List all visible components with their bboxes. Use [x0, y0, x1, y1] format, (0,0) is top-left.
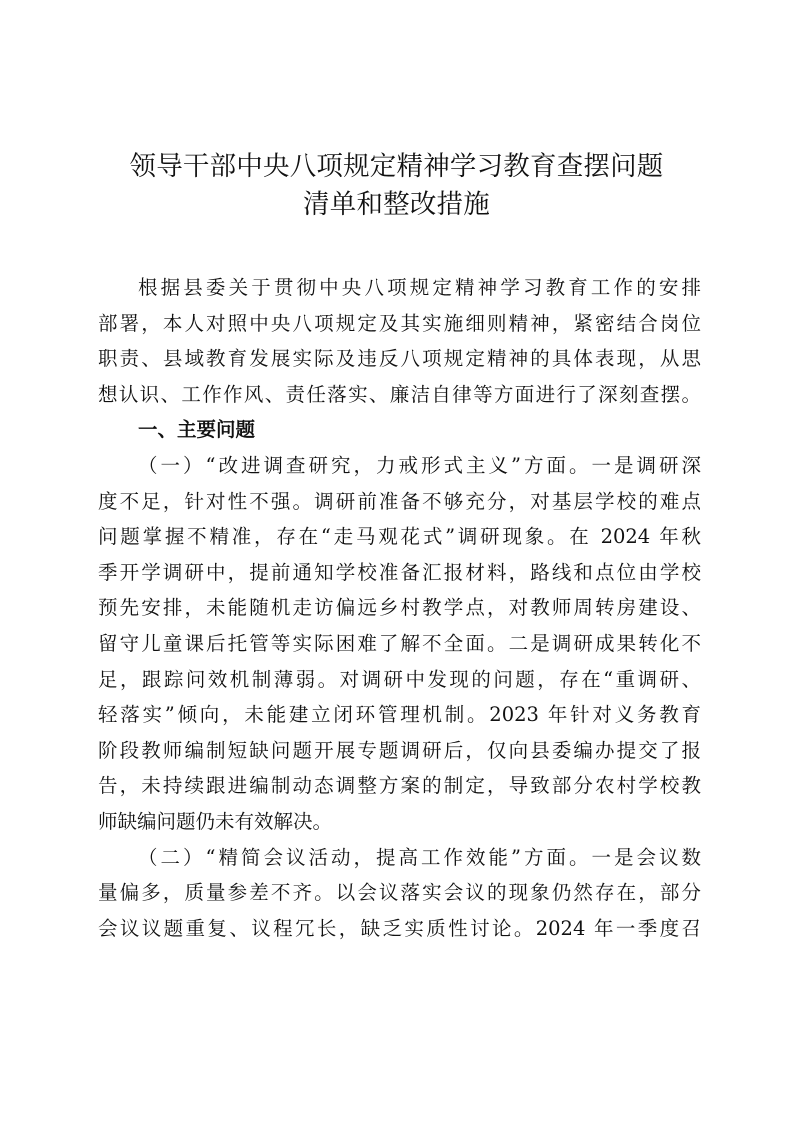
text-line: 足，跟踪问效机制薄弱。对调研中发现的问题，存在“重调研、 — [98, 662, 701, 698]
section-2-paragraph: （二）“精简会议活动，提高工作效能”方面。一是会议数 量偏多，质量参差不齐。以会… — [98, 840, 701, 947]
text-line: 会议议题重复、议程冗长，缺乏实质性讨论。2024 年一季度召 — [98, 911, 701, 947]
section-1-paragraph: （一）“改进调查研究，力戒形式主义”方面。一是调研深 度不足，针对性不强。调研前… — [98, 448, 701, 840]
text-line: 轻落实”倾向，未能建立闭环管理机制。2023 年针对义务教育 — [98, 697, 701, 733]
text-line: 根据县委关于贯彻中央八项规定精神学习教育工作的安排 — [98, 270, 701, 306]
text-line: 问题掌握不精准，存在“走马观花式”调研现象。在 2024 年秋 — [98, 519, 701, 555]
text-line: 预先安排，未能随机走访偏远乡村教学点，对教师周转房建设、 — [98, 590, 701, 626]
text-line: 度不足，针对性不强。调研前准备不够充分，对基层学校的难点 — [98, 484, 701, 520]
title-line-1: 领导干部中央八项规定精神学习教育查摆问题 — [90, 148, 703, 186]
document-body: 根据县委关于贯彻中央八项规定精神学习教育工作的安排 部署，本人对照中央八项规定及… — [98, 270, 701, 946]
document-page: 领导干部中央八项规定精神学习教育查摆问题 清单和整改措施 根据县委关于贯彻中央八… — [0, 0, 793, 1122]
text-line: 告，未持续跟进编制动态调整方案的制定，导致部分农村学校教 — [98, 768, 701, 804]
text-line: （一）“改进调查研究，力戒形式主义”方面。一是调研深 — [98, 448, 701, 484]
text-line: （二）“精简会议活动，提高工作效能”方面。一是会议数 — [98, 840, 701, 876]
heading-main-problems: 一、主要问题 — [98, 412, 701, 448]
document-title: 领导干部中央八项规定精神学习教育查摆问题 清单和整改措施 — [90, 148, 703, 224]
text-line: 师缺编问题仍未有效解决。 — [98, 804, 701, 840]
text-line: 想认识、工作作风、责任落实、廉洁自律等方面进行了深刻查摆。 — [98, 377, 701, 413]
title-line-2: 清单和整改措施 — [90, 186, 703, 224]
text-line: 职责、县域教育发展实际及违反八项规定精神的具体表现，从思 — [98, 341, 701, 377]
text-line: 量偏多，质量参差不齐。以会议落实会议的现象仍然存在，部分 — [98, 875, 701, 911]
text-line: 阶段教师编制短缺问题开展专题调研后，仅向县委编办提交了报 — [98, 733, 701, 769]
text-line: 留守儿童课后托管等实际困难了解不全面。二是调研成果转化不 — [98, 626, 701, 662]
text-line: 季开学调研中，提前通知学校准备汇报材料，路线和点位由学校 — [98, 555, 701, 591]
section-heading: 一、主要问题 — [98, 412, 701, 448]
text-line: 部署，本人对照中央八项规定及其实施细则精神，紧密结合岗位 — [98, 306, 701, 342]
intro-paragraph: 根据县委关于贯彻中央八项规定精神学习教育工作的安排 部署，本人对照中央八项规定及… — [98, 270, 701, 412]
